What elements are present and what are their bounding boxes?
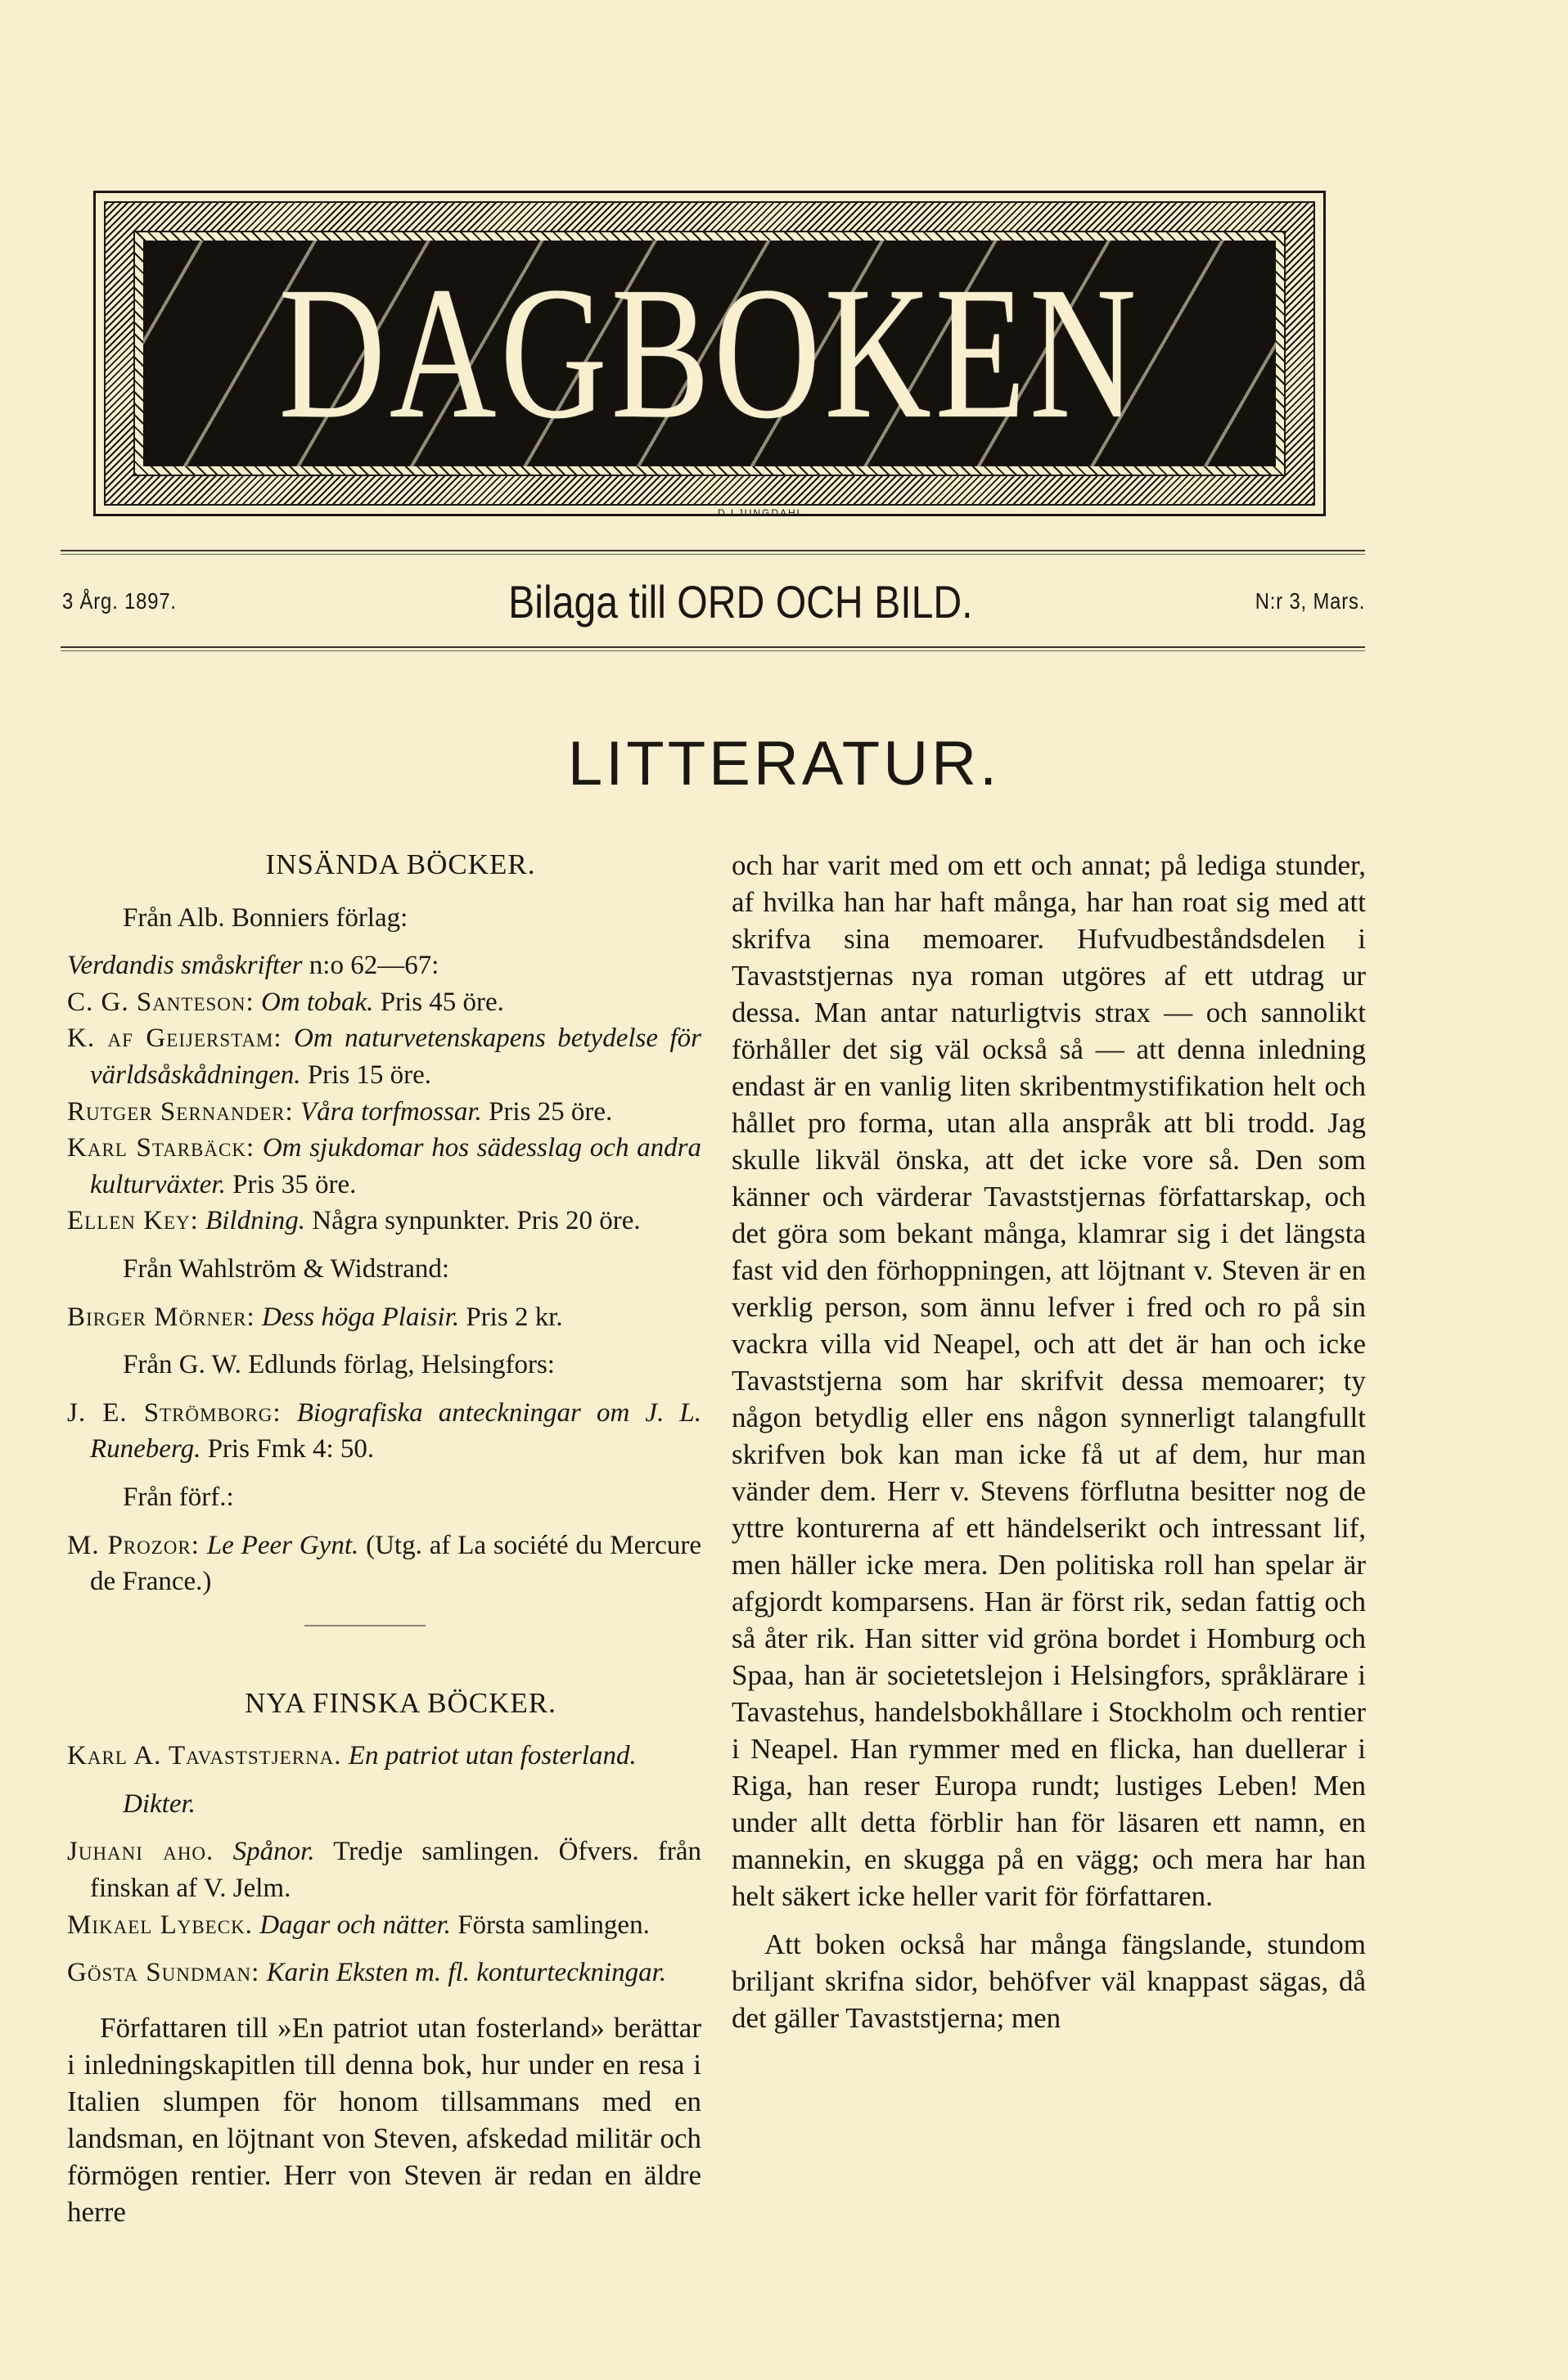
book-entry: K. af Geijerstam: Om naturvetenskapens b…	[67, 1020, 701, 1093]
review-paragraph: Författaren till »En patriot utan foster…	[67, 2009, 701, 2230]
book-entry: Birger Mörner: Dess höga Plaisir. Pris 2…	[67, 1299, 701, 1336]
section-divider	[304, 1625, 426, 1626]
series-entry: Verdandis småskrifter n:o 62—67:	[67, 947, 701, 984]
artist-signature: D LJUNGDAHL	[718, 507, 804, 519]
book-entry: Juhani aho. Spånor. Tredje samlingen. Öf…	[67, 1833, 701, 1906]
header-rule-top	[61, 550, 1365, 555]
masthead-panel: DAGBOKEN	[143, 241, 1276, 466]
dikter-label: Dikter.	[67, 1786, 701, 1823]
series-numbers: n:o 62—67:	[303, 951, 439, 980]
header-rule-bottom	[61, 646, 1365, 651]
book-entry: Ellen Key: Bildning. Några synpunkter. P…	[67, 1203, 701, 1239]
finska-heading: NYA FINSKA BÖCKER.	[67, 1685, 701, 1722]
book-entry: Rutger Sernander: Våra torfmossar. Pris …	[67, 1094, 701, 1131]
volume-year: 3 Årg. 1897.	[62, 588, 177, 614]
book-entry: Mikael Lybeck. Dagar och nätter. Första …	[67, 1907, 701, 1944]
masthead-banner: DAGBOKEN D LJUNGDAHL	[93, 191, 1326, 516]
book-entry: J. E. Strömborg: Biografiska anteckninga…	[67, 1395, 701, 1468]
review-paragraph: Att boken också har många fängslande, st…	[732, 1926, 1366, 2036]
book-entry: C. G. Santeson: Om tobak. Pris 45 öre.	[67, 984, 701, 1021]
series-title: Verdandis småskrifter	[67, 951, 303, 980]
book-entry: Karl A. Tavaststjerna. En patriot utan f…	[67, 1738, 701, 1775]
issue-number: N:r 3, Mars.	[1255, 588, 1365, 614]
supplement-title: Bilaga till ORD OCH BILD.	[508, 575, 972, 628]
insanda-heading: INSÄNDA BÖCKER.	[67, 847, 701, 884]
publisher-wahlstrom: Från Wahlström & Widstrand:	[67, 1251, 701, 1288]
issue-line: 3 Årg. 1897. Bilaga till ORD OCH BILD. N…	[62, 573, 1365, 630]
book-entry: Karl Starbäck: Om sjukdomar hos sädessla…	[67, 1130, 701, 1203]
book-entry: M. Prozor: Le Peer Gynt. (Utg. af La soc…	[67, 1527, 701, 1600]
publisher-edlund: Från G. W. Edlunds förlag, Helsingfors:	[67, 1347, 701, 1383]
publisher-author: Från förf.:	[67, 1479, 701, 1516]
section-title: LITTERATUR.	[0, 728, 1568, 799]
newspaper-page: DAGBOKEN D LJUNGDAHL 3 Årg. 1897. Bilaga…	[0, 0, 1568, 2380]
book-entry: Gösta Sundman: Karin Eksten m. fl. kontu…	[67, 1955, 701, 1991]
left-column: INSÄNDA BÖCKER. Från Alb. Bonniers förla…	[67, 847, 701, 2230]
masthead-title: DAGBOKEN	[279, 259, 1141, 448]
right-column: och har varit med om ett och annat; på l…	[732, 847, 1366, 2036]
publisher-bonnier: Från Alb. Bonniers förlag:	[67, 900, 701, 937]
review-paragraph: och har varit med om ett och annat; på l…	[732, 847, 1366, 1914]
